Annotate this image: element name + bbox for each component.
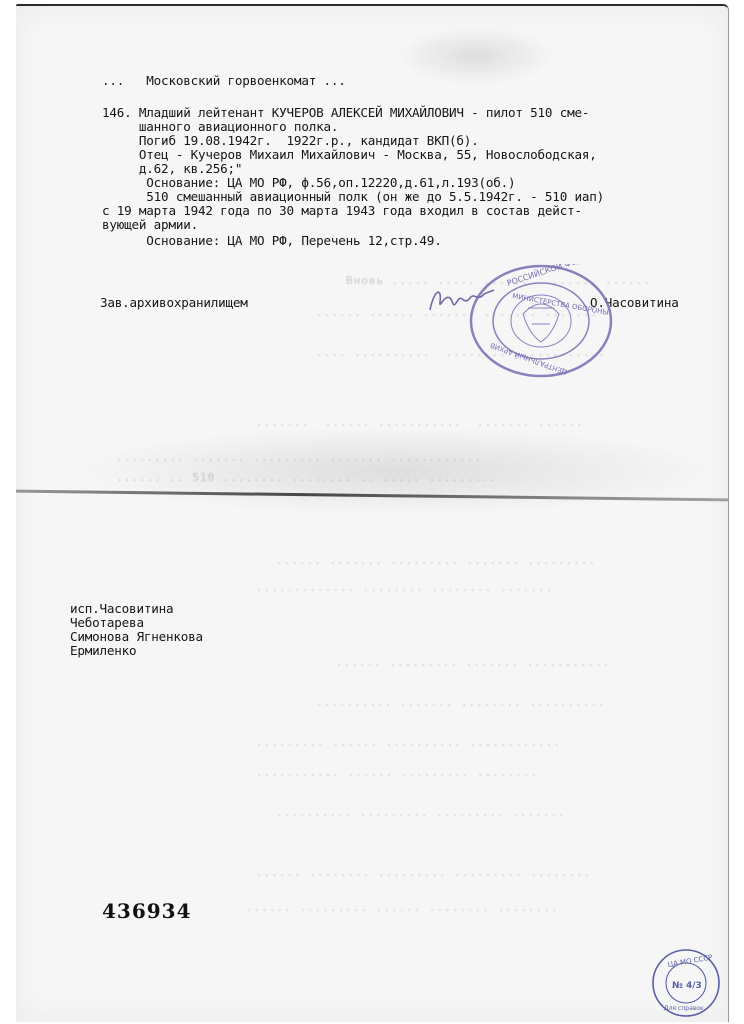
executor-line: Ермиленко xyxy=(70,644,136,658)
bleed-through-text: ...... ......... ...... ........ .......… xyxy=(246,901,559,914)
stamp-top-text: ЦА МО СССР xyxy=(667,953,713,969)
paper-smudge xyxy=(76,426,716,516)
bleed-through-text: ............. ........ ........ ....... xyxy=(256,581,553,594)
bleed-through-text: ......... ...... .......... ............ xyxy=(256,736,561,749)
document-page: Вновь ..... ..... ...... ...... ...... .… xyxy=(16,4,729,1022)
archive-reference-stamp: ЦА МО СССР № 4/3 Для справок xyxy=(650,948,722,1018)
entry-line: вующей армии. xyxy=(102,218,198,232)
bleed-through-text: ...... ......... ....... ........... xyxy=(336,656,610,669)
bleed-through-text: .......... ......... ......... ....... xyxy=(276,806,566,819)
bleed-through-text: .......... ....... ........ .......... xyxy=(316,696,606,709)
paper-smudge xyxy=(396,26,556,86)
bleed-through-text: ........... ...... ......... ........ xyxy=(256,766,538,779)
svg-text:МИНИСТЕРСТВА ОБОРОНЫ: МИНИСТЕРСТВА ОБОРОНЫ xyxy=(512,292,609,317)
serial-number: 436934 xyxy=(102,899,192,923)
bleed-through-text: ...... ....... ......... ....... .......… xyxy=(276,554,596,567)
stamp-center-text: № 4/3 xyxy=(672,981,702,991)
bleed-through-text: ...... ........ ......... ......... ....… xyxy=(256,866,591,879)
entry-line: Основание: ЦА МО РФ, Перечень 12,стр.49. xyxy=(102,234,442,248)
document-header: ... Московский горвоенкомат ... xyxy=(102,74,346,88)
stamp-bottom-text: Для справок xyxy=(664,1005,704,1012)
official-seal-stamp: РОССИЙСКОЙ ФЕДЕРАЦИИ МИНИСТЕРСТВА ОБОРОН… xyxy=(468,264,614,378)
svg-text:ЦЕНТРАЛЬНЫЙ АРХИВ: ЦЕНТРАЛЬНЫЙ АРХИВ xyxy=(489,341,569,377)
signer-position: Зав.архивохранилищем xyxy=(100,296,248,310)
